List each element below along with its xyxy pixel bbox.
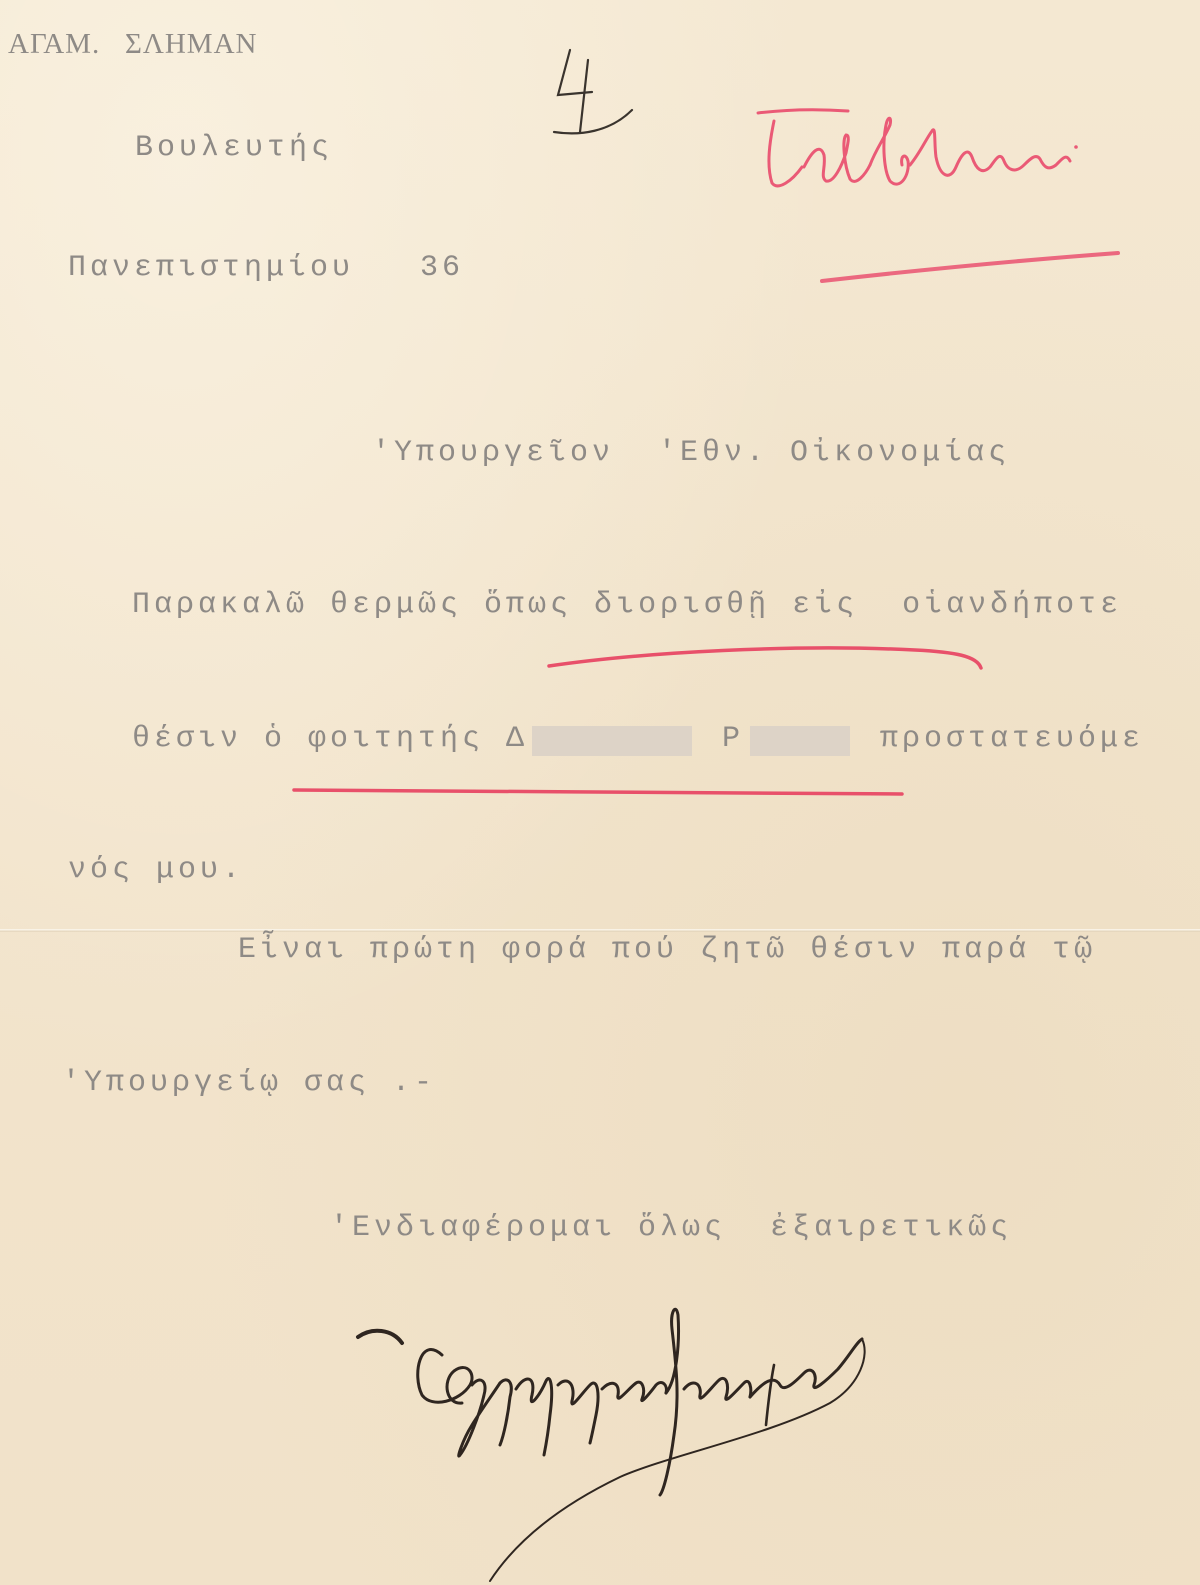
redacted-first-name — [532, 726, 692, 756]
body-line-2-initial: Ρ — [722, 724, 744, 754]
page-number-4-icon — [540, 40, 660, 140]
body-line-2: θέσιν ὁ φοιτητής Δ Ρ προστατευόμε — [132, 724, 1132, 756]
sender-name: ΑΓΑΜ. ΣΛΗΜΑΝ — [8, 30, 257, 59]
sender-address: Πανεπιστημίου 36 — [68, 253, 464, 283]
red-handwritten-note: Τελεία — [750, 95, 1180, 305]
letter-page: ΑΓΑΜ. ΣΛΗΜΑΝ Βουλευτής Πανεπιστημίου 36 … — [0, 0, 1200, 1585]
body-line-2-end: προστατευόμε — [880, 724, 1144, 754]
handwritten-signature: Αγαμέμνων Σλήμαν — [350, 1285, 1030, 1585]
handwritten-page-number — [540, 40, 660, 140]
red-underline-2 — [290, 782, 910, 802]
body-line-4: Εἶναι πρώτη φορά πού ζητῶ θέσιν παρά τῷ — [238, 935, 1096, 965]
body-line-3: νός μου. — [68, 855, 244, 885]
signature-icon — [350, 1285, 1030, 1585]
closing-line: 'Ενδιαφέρομαι ὅλως ἐξαιρετικῶς — [330, 1213, 1012, 1243]
recipient-line: 'Υπουργεῖον 'Εθν. Οἰκονομίας — [372, 438, 1010, 468]
body-line-5: 'Υπουργείῳ σας .- — [62, 1068, 436, 1098]
body-line-2-start: θέσιν ὁ φοιτητής Δ — [132, 724, 528, 754]
body-line-1: Παρακαλῶ θερμῶς ὅπως διορισθῇ εἰς οἱανδή… — [132, 590, 1122, 620]
paper-fold-line — [0, 929, 1200, 932]
redacted-surname — [750, 726, 850, 756]
red-underline-1 — [545, 640, 995, 680]
sender-title: Βουλευτής — [135, 133, 333, 163]
red-note-scribble-icon — [750, 95, 1180, 305]
